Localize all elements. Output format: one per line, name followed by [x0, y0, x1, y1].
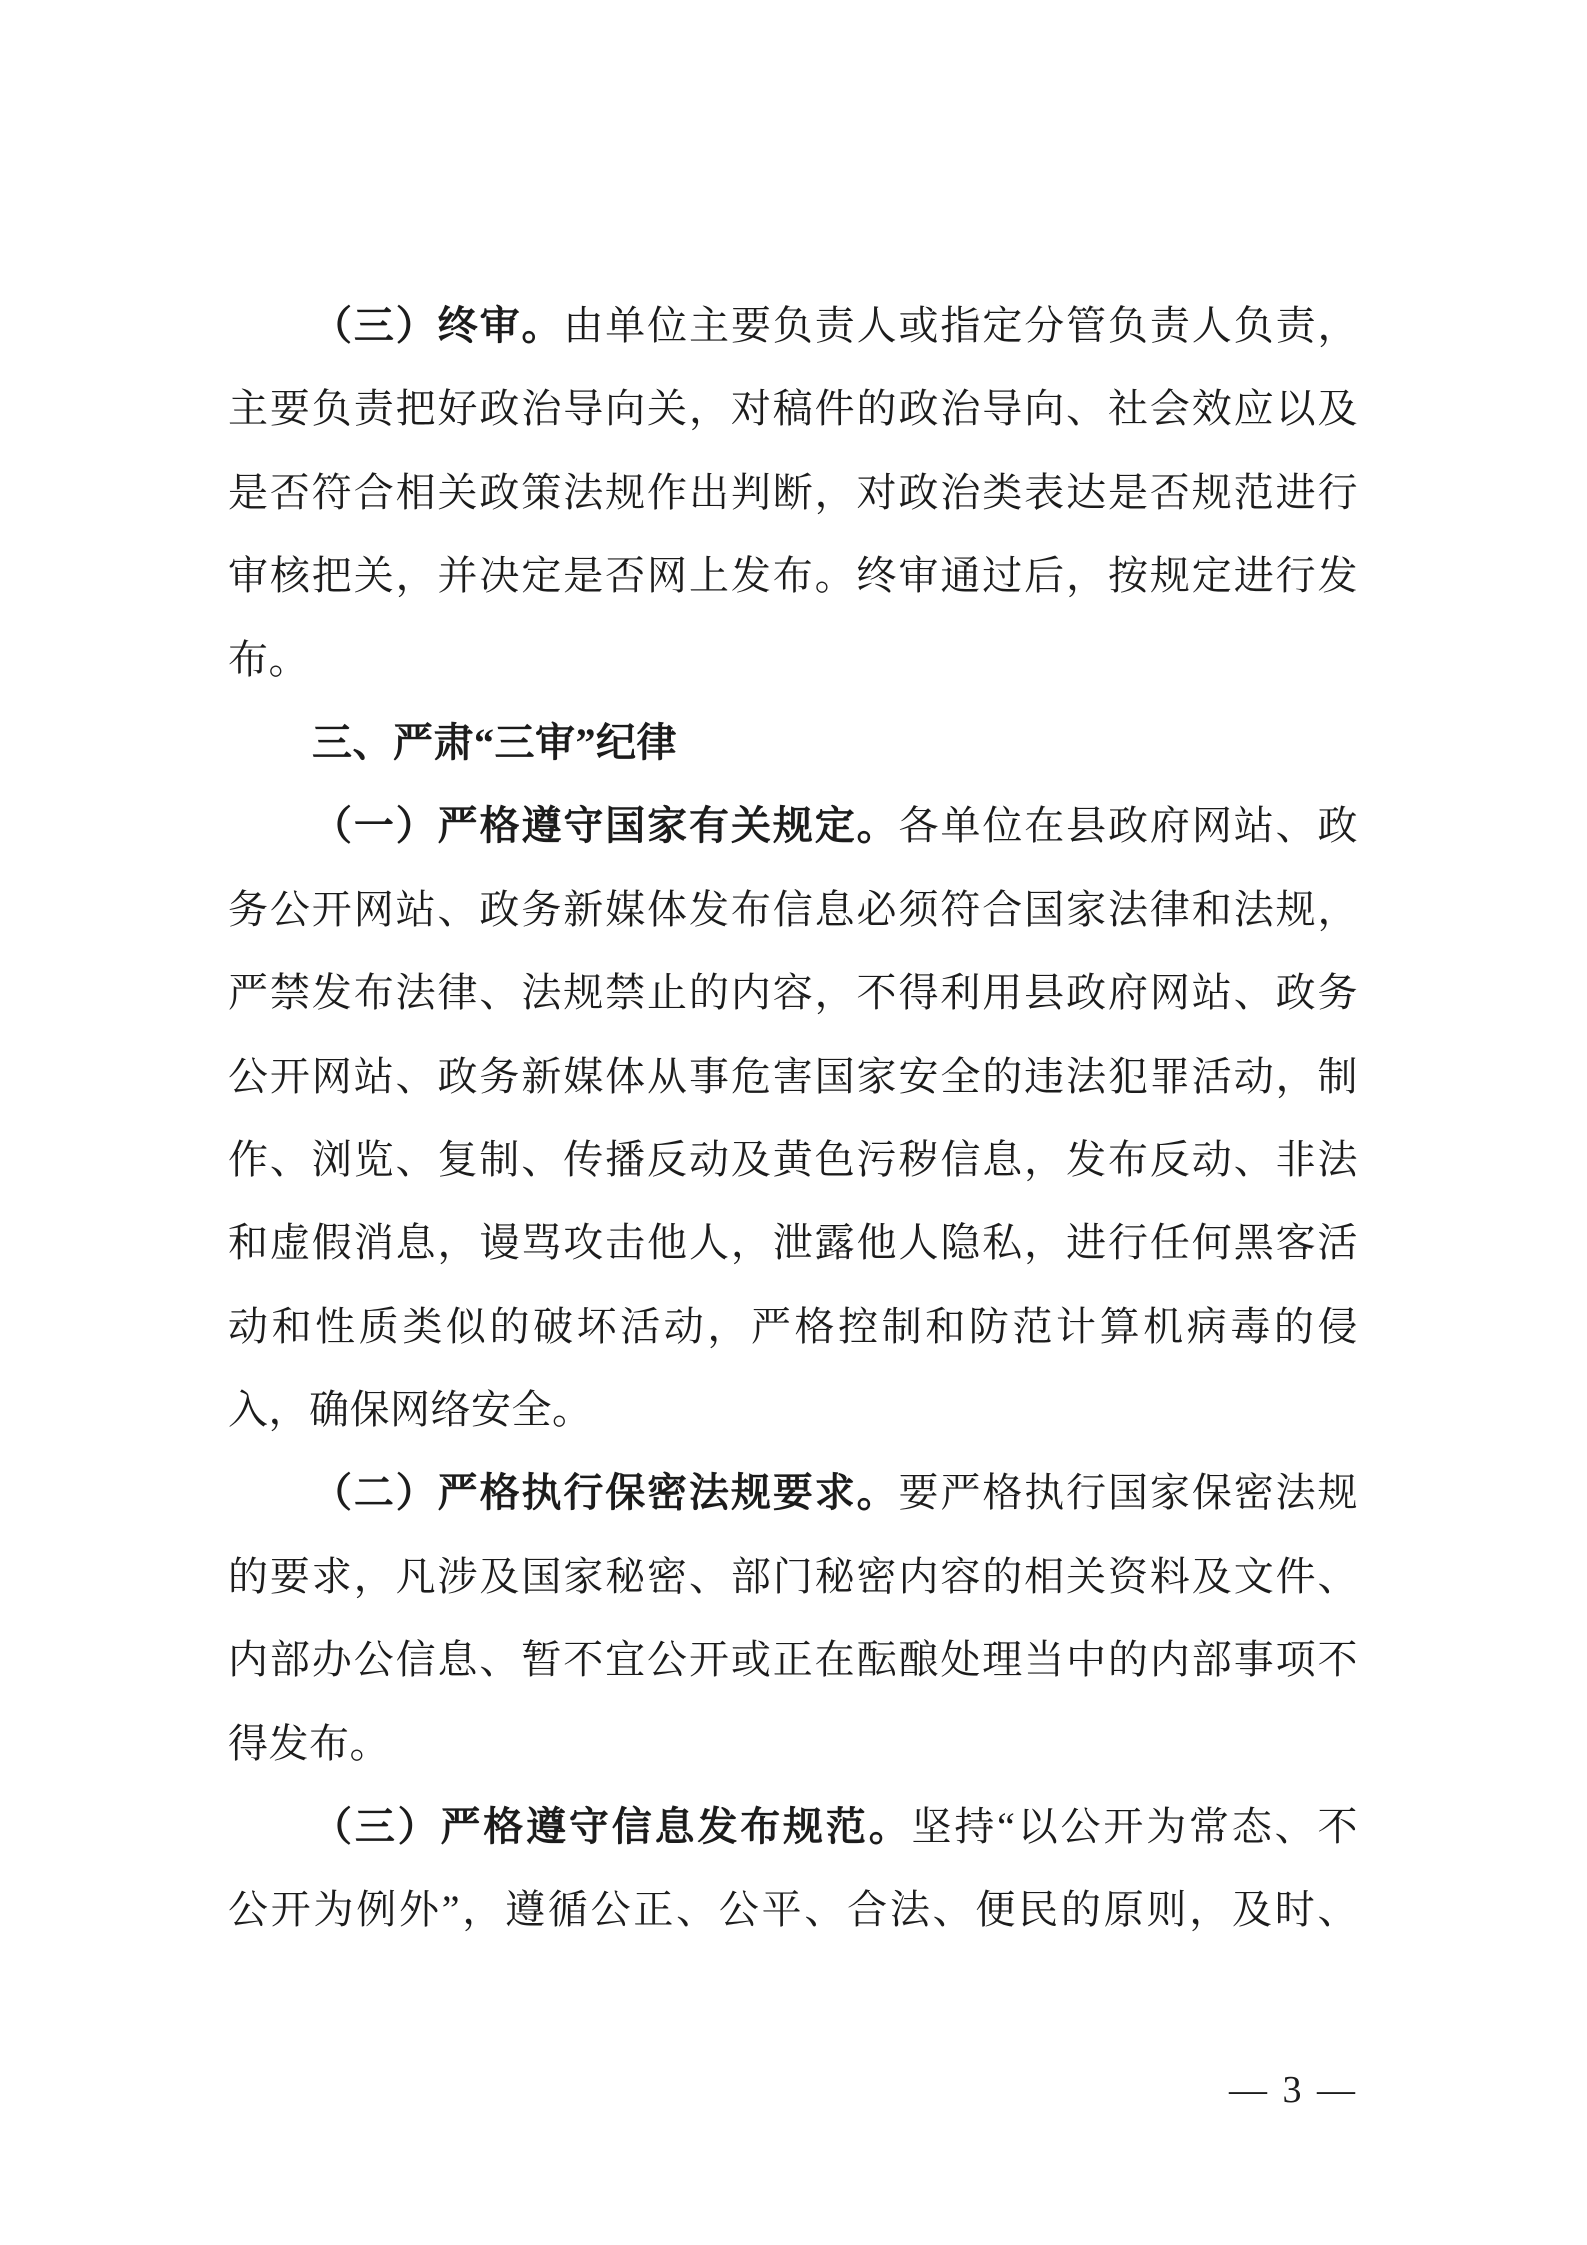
- text-line: 布。: [228, 618, 1358, 701]
- body-text: 入，确保网络安全。: [228, 1387, 593, 1432]
- text-line: 作、浏览、复制、传播反动及黄色污秽信息，发布反动、非法: [228, 1118, 1358, 1201]
- text-line: 是否符合相关政策法规作出判断，对政治类表达是否规范进行: [228, 451, 1358, 534]
- body-text: 公开为例外”，遵循公正、公平、合法、便民的原则，及时、: [228, 1887, 1358, 1932]
- body-text: 坚持“以公开为常态、不: [912, 1804, 1358, 1849]
- text-line: 公开网站、政务新媒体从事危害国家安全的违法犯罪活动，制: [228, 1035, 1358, 1118]
- text-line: 主要负责把好政治导向关，对稿件的政治导向、社会效应以及: [228, 367, 1358, 450]
- text-line: （一）严格遵守国家有关规定。各单位在县政府网站、政: [228, 784, 1358, 867]
- body-text: 公开网站、政务新媒体从事危害国家安全的违法犯罪活动，制: [228, 1054, 1358, 1099]
- body-text: 严禁发布法律、法规禁止的内容，不得利用县政府网站、政务: [228, 970, 1358, 1015]
- bold-text: （一）严格遵守国家有关规定。: [312, 803, 899, 848]
- body-text: 布。: [228, 637, 309, 682]
- document-page: （三）终审。由单位主要负责人或指定分管负责人负责，主要负责把好政治导向关，对稿件…: [0, 0, 1587, 2245]
- bold-text: 三、严肃“三审”纪律: [312, 720, 677, 765]
- body-text: 内部办公信息、暂不宜公开或正在酝酿处理当中的内部事项不: [228, 1637, 1358, 1682]
- body-text: 审核把关，并决定是否网上发布。终审通过后，按规定进行发: [228, 553, 1358, 598]
- text-line: 的要求，凡涉及国家秘密、部门秘密内容的相关资料及文件、: [228, 1535, 1358, 1618]
- body-text: 各单位在县政府网站、政: [899, 803, 1358, 848]
- text-line: 得发布。: [228, 1702, 1358, 1785]
- body-text: 务公开网站、政务新媒体发布信息必须符合国家法律和法规，: [228, 887, 1358, 932]
- document-body: （三）终审。由单位主要负责人或指定分管负责人负责，主要负责把好政治导向关，对稿件…: [228, 284, 1358, 1952]
- body-text: 和虚假消息，谩骂攻击他人，泄露他人隐私，进行任何黑客活: [228, 1220, 1358, 1265]
- text-line: （三）严格遵守信息发布规范。坚持“以公开为常态、不: [228, 1785, 1358, 1868]
- body-text: 的要求，凡涉及国家秘密、部门秘密内容的相关资料及文件、: [228, 1554, 1358, 1599]
- text-line: 务公开网站、政务新媒体发布信息必须符合国家法律和法规，: [228, 868, 1358, 951]
- body-text: 由单位主要负责人或指定分管负责人负责，: [563, 303, 1358, 348]
- body-text: 是否符合相关政策法规作出判断，对政治类表达是否规范进行: [228, 470, 1358, 515]
- text-line: （三）终审。由单位主要负责人或指定分管负责人负责，: [228, 284, 1358, 367]
- text-line: 审核把关，并决定是否网上发布。终审通过后，按规定进行发: [228, 534, 1358, 617]
- body-text: 得发布。: [228, 1721, 390, 1766]
- body-text: 主要负责把好政治导向关，对稿件的政治导向、社会效应以及: [228, 386, 1358, 431]
- body-text: 要严格执行国家保密法规: [899, 1470, 1358, 1515]
- text-line: 严禁发布法律、法规禁止的内容，不得利用县政府网站、政务: [228, 951, 1358, 1034]
- bold-text: （二）严格执行保密法规要求。: [312, 1470, 899, 1515]
- text-line: 入，确保网络安全。: [228, 1368, 1358, 1451]
- text-line: 动和性质类似的破坏活动，严格控制和防范计算机病毒的侵: [228, 1285, 1358, 1368]
- text-line: 内部办公信息、暂不宜公开或正在酝酿处理当中的内部事项不: [228, 1618, 1358, 1701]
- body-text: 作、浏览、复制、传播反动及黄色污秽信息，发布反动、非法: [228, 1137, 1358, 1182]
- text-line: 和虚假消息，谩骂攻击他人，泄露他人隐私，进行任何黑客活: [228, 1201, 1358, 1284]
- bold-text: （三）终审。: [312, 303, 563, 348]
- bold-text: （三）严格遵守信息发布规范。: [312, 1804, 912, 1849]
- section-heading: 三、严肃“三审”纪律: [228, 701, 1358, 784]
- page-number: — 3 —: [1229, 2062, 1358, 2118]
- text-line: 公开为例外”，遵循公正、公平、合法、便民的原则，及时、: [228, 1868, 1358, 1951]
- body-text: 动和性质类似的破坏活动，严格控制和防范计算机病毒的侵: [228, 1304, 1358, 1349]
- text-line: （二）严格执行保密法规要求。要严格执行国家保密法规: [228, 1451, 1358, 1534]
